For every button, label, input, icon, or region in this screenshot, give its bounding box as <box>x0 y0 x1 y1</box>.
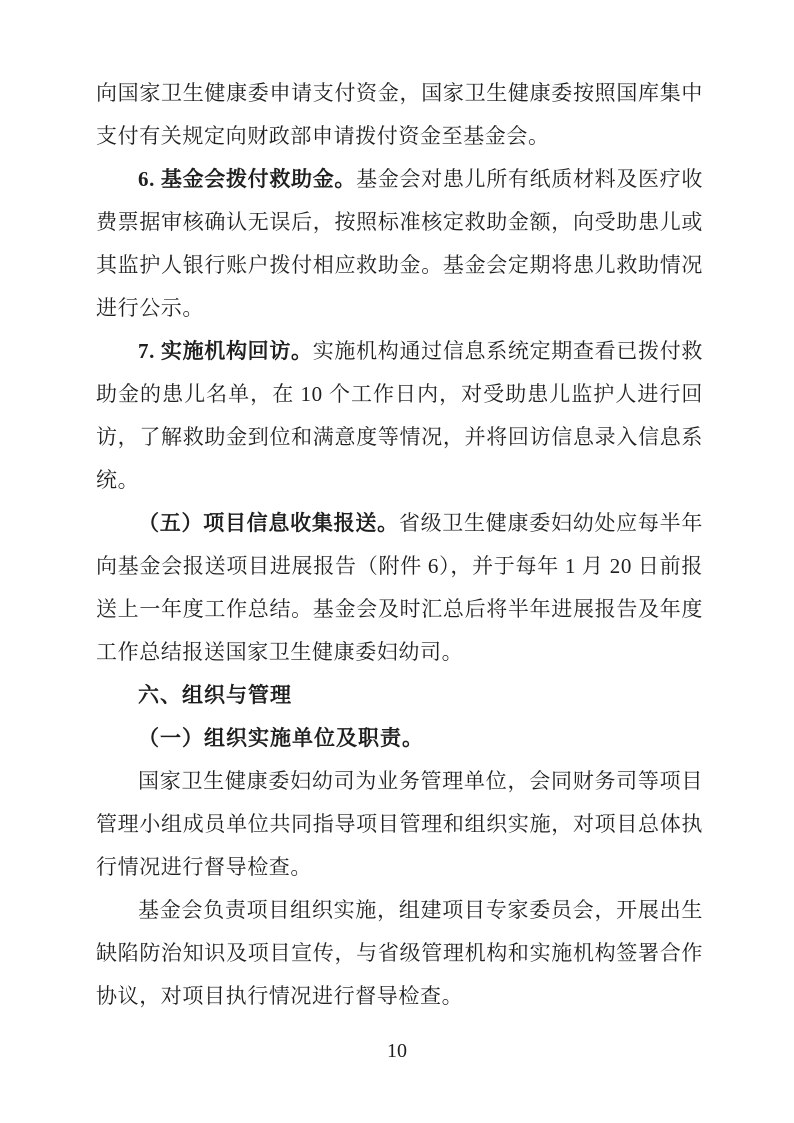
page-footer: 10 <box>0 1040 794 1063</box>
paragraph-text: 国家卫生健康委妇幼司为业务管理单位，会同财务司等项目管理小组成员单位共同指导项目… <box>96 769 703 879</box>
paragraph: 7. 实施机构回访。实施机构通过信息系统定期查看已拨付救助金的患儿名单，在 10… <box>96 330 703 502</box>
paragraph: 六、组织与管理 <box>96 674 703 717</box>
paragraph: 向国家卫生健康委申请支付资金，国家卫生健康委按照国库集中支付有关规定向财政部申请… <box>96 72 703 158</box>
paragraph: 6. 基金会拨付救助金。基金会对患儿所有纸质材料及医疗收费票据审核确认无误后，按… <box>96 158 703 330</box>
paragraph: 基金会负责项目组织实施，组建项目专家委员会，开展出生缺陷防治知识及项目宣传，与省… <box>96 889 703 1018</box>
document-body: 向国家卫生健康委申请支付资金，国家卫生健康委按照国库集中支付有关规定向财政部申请… <box>96 72 703 1018</box>
paragraph-text: （一）组织实施单位及职责。 <box>138 726 424 750</box>
paragraph-lead: 7. 实施机构回访。 <box>138 339 313 363</box>
paragraph: （一）组织实施单位及职责。 <box>96 717 703 760</box>
paragraph-lead: 6. 基金会拨付救助金。 <box>138 167 356 191</box>
paragraph: 国家卫生健康委妇幼司为业务管理单位，会同财务司等项目管理小组成员单位共同指导项目… <box>96 760 703 889</box>
document-page: 向国家卫生健康委申请支付资金，国家卫生健康委按照国库集中支付有关规定向财政部申请… <box>0 0 794 1123</box>
paragraph-text: 六、组织与管理 <box>138 684 292 707</box>
paragraph-lead: （五）项目信息收集报送。 <box>138 511 399 535</box>
page-number: 10 <box>387 1040 407 1062</box>
paragraph-text: 基金会负责项目组织实施，组建项目专家委员会，开展出生缺陷防治知识及项目宣传，与省… <box>96 898 703 1008</box>
paragraph-text: 向国家卫生健康委申请支付资金，国家卫生健康委按照国库集中支付有关规定向财政部申请… <box>96 81 703 148</box>
paragraph: （五）项目信息收集报送。省级卫生健康委妇幼处应每半年向基金会报送项目进展报告（附… <box>96 502 703 674</box>
